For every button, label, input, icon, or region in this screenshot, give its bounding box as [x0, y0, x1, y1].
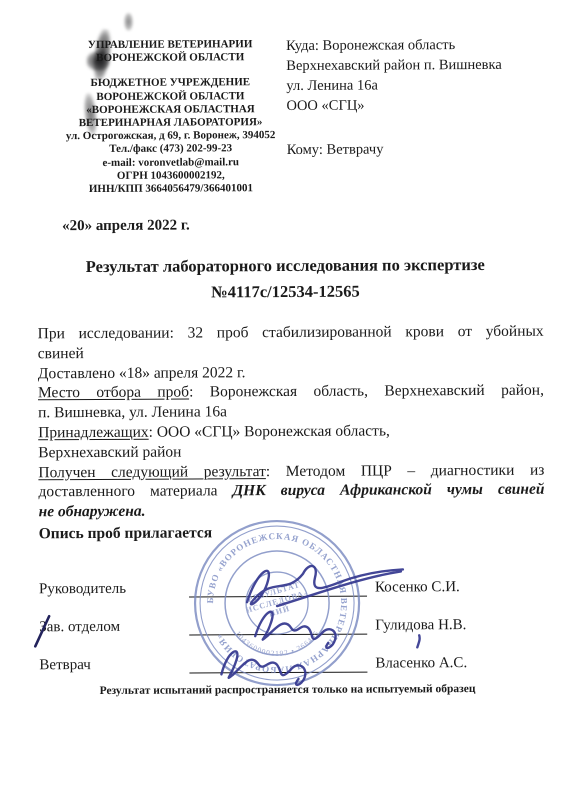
- document-page: УПРАВЛЕНИЕ ВЕТЕРИНАРИИ ВОРОНЕЖСКОЙ ОБЛАС…: [0, 0, 572, 800]
- scan-content: УПРАВЛЕНИЕ ВЕТЕРИНАРИИ ВОРОНЕЖСКОЙ ОБЛАС…: [0, 0, 572, 800]
- ownership-text: : ООО «СГЦ» Воронежская область,: [149, 422, 390, 440]
- sampling-place-text: : Воронежская область, Верхнехавский рай…: [189, 382, 544, 401]
- sampling-place-line-cont: п. Вишневка, ул. Ленина 16а: [38, 401, 544, 423]
- signature-ink-strokes: [181, 547, 452, 698]
- title-line-2: №4117с/12534-12565: [19, 278, 551, 307]
- result-emphasis: ДНК вируса Африканской чумы свиней: [233, 481, 545, 500]
- recipient-line: Верхнехавский район п. Вишневка: [286, 55, 502, 76]
- delivered-line: Доставлено «18» апреля 2022 г.: [38, 361, 544, 383]
- org-line: ВОРОНЕЖСКОЙ ОБЛАСТИ: [50, 90, 290, 104]
- ownership-label: Принадлежащих: [38, 424, 149, 442]
- signature-stroke: [255, 611, 336, 648]
- title-line-1: Результат лабораторного исследования по …: [19, 252, 551, 281]
- result-label: Получен следующий результат: [38, 463, 266, 481]
- org-phone-line: Тел./факс (473) 202-99-23: [51, 142, 291, 156]
- signature-stroke: [417, 635, 419, 647]
- org-line: БЮДЖЕТНОЕ УЧРЕЖДЕНИЕ: [50, 76, 290, 90]
- result-text-plain: доставленного материала: [38, 483, 232, 501]
- signature-role: Зав. отделом: [39, 619, 189, 637]
- recipient-line: ООО «СГЦ»: [286, 95, 502, 116]
- research-line: При исследовании: 32 проб стабилизирован…: [38, 322, 544, 344]
- result-line: Получен следующий результат: Методом ПЦР…: [38, 460, 544, 482]
- signature-role: Ветврач: [39, 657, 189, 675]
- research-line-cont: свиней: [38, 341, 544, 363]
- recipient-line: Куда: Воронежская область: [286, 35, 502, 56]
- ink-smudge: [124, 13, 133, 31]
- document-body: При исследовании: 32 проб стабилизирован…: [38, 322, 545, 523]
- org-inn-line: ИНН/КПП 3664056479/366401001: [51, 182, 291, 196]
- footer-disclaimer: Результат испытаний распространяется тол…: [1, 682, 572, 697]
- recipient-attention-line: Кому: Ветврачу: [287, 139, 503, 160]
- ownership-line-cont: Верхнехавский район: [38, 440, 544, 462]
- ownership-line: Принадлежащих: ООО «СГЦ» Воронежская обл…: [38, 421, 544, 443]
- sampling-place-line: Место отбора проб: Воронежская область, …: [38, 381, 544, 403]
- recipient-line: ул. Ленина 16а: [286, 75, 502, 96]
- document-date: «20» апреля 2022 г.: [62, 218, 190, 236]
- result-line-cont: доставленного материала ДНК вируса Африк…: [38, 480, 544, 502]
- org-line: «ВОРОНЕЖСКАЯ ОБЛАСТНАЯ: [50, 103, 290, 117]
- signature-stroke: [277, 571, 401, 606]
- org-line: ВЕТЕРИНАРНАЯ ЛАБОРАТОРИЯ»: [51, 116, 291, 130]
- attachment-note: Опись проб прилагается: [39, 524, 213, 543]
- signature-role: Руководитель: [39, 581, 189, 599]
- org-line: ВОРОНЕЖСКОЙ ОБЛАСТИ: [50, 51, 290, 65]
- signature-stroke: [247, 566, 403, 605]
- org-address-line: ул. Острогожская, д 69, г. Воронеж, 3940…: [51, 129, 291, 143]
- sender-authority: УПРАВЛЕНИЕ ВЕТЕРИНАРИИ ВОРОНЕЖСКОЙ ОБЛАС…: [50, 38, 290, 66]
- org-email-line: e-mail: voronvetlab@mail.ru: [51, 156, 291, 170]
- handwritten-slash-mark: [29, 613, 55, 649]
- result-text: : Методом ПЦР – диагностики из: [266, 461, 545, 479]
- document-title: Результат лабораторного исследования по …: [19, 252, 551, 307]
- sender-block: УПРАВЛЕНИЕ ВЕТЕРИНАРИИ ВОРОНЕЖСКОЙ ОБЛАС…: [50, 38, 291, 196]
- org-ogrn-line: ОГРН 1043600002192,: [51, 169, 291, 183]
- org-line: УПРАВЛЕНИЕ ВЕТЕРИНАРИИ: [50, 38, 290, 52]
- sender-organization: БЮДЖЕТНОЕ УЧРЕЖДЕНИЕ ВОРОНЕЖСКОЙ ОБЛАСТИ…: [50, 76, 291, 196]
- recipient-block: Куда: Воронежская область Верхнехавский …: [286, 35, 502, 160]
- sampling-place-label: Место отбора проб: [38, 384, 189, 402]
- signature-stroke: [221, 651, 305, 685]
